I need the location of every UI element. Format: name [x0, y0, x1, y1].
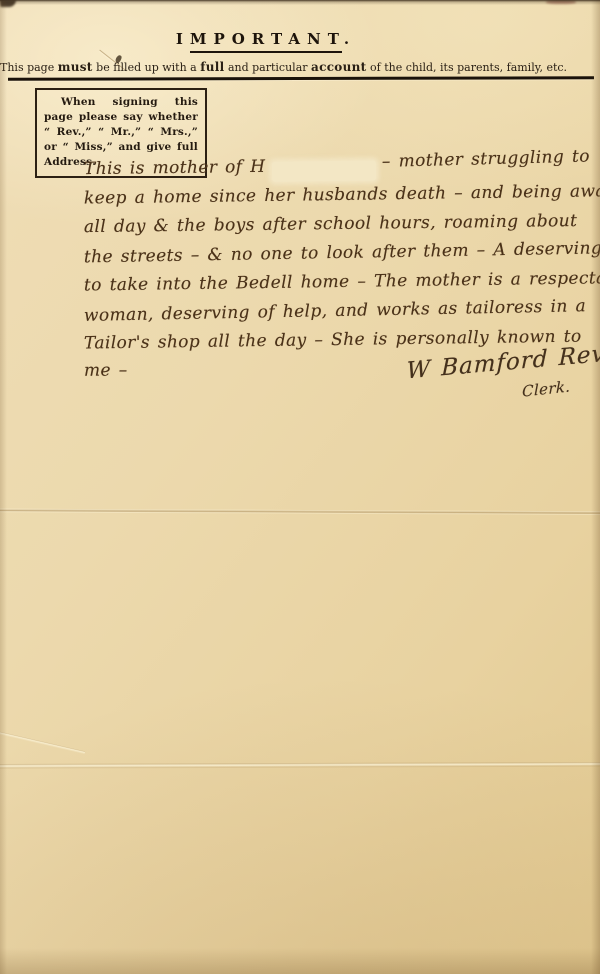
document-page: IMPORTANT. This page must be filled up w… [0, 0, 600, 974]
fold-crease-upper [0, 509, 600, 516]
header-instruction: This page must be filled up with a full … [0, 60, 532, 74]
fold-crease-lower [0, 762, 600, 769]
instruction-segment: of the child, its parents, family, etc. [367, 61, 568, 74]
instruction-segment-bold: full [200, 60, 224, 74]
handwriting-text: – mother struggling to [382, 146, 590, 171]
instruction-segment-bold: must [58, 60, 93, 74]
page-title: IMPORTANT. [0, 30, 532, 48]
instruction-segment: This page [0, 61, 58, 74]
handwritten-note: This is mother of H – mother struggling … [84, 156, 590, 416]
horizontal-rule [8, 76, 594, 81]
signature-role: Clerk. [522, 377, 570, 400]
scan-smudge-artifact [546, 0, 576, 4]
redacted-name-patch [271, 160, 376, 181]
instruction-segment-bold: account [311, 60, 367, 74]
title-underline [190, 51, 342, 53]
handwriting-text: This is mother of H [84, 157, 266, 179]
instruction-segment: and particular [224, 61, 311, 74]
instruction-segment: be filled up with a [93, 61, 201, 74]
scan-corner-artifact [0, 0, 16, 7]
fold-crease-branch [0, 731, 85, 755]
printed-header: IMPORTANT. This page must be filled up w… [0, 30, 532, 74]
